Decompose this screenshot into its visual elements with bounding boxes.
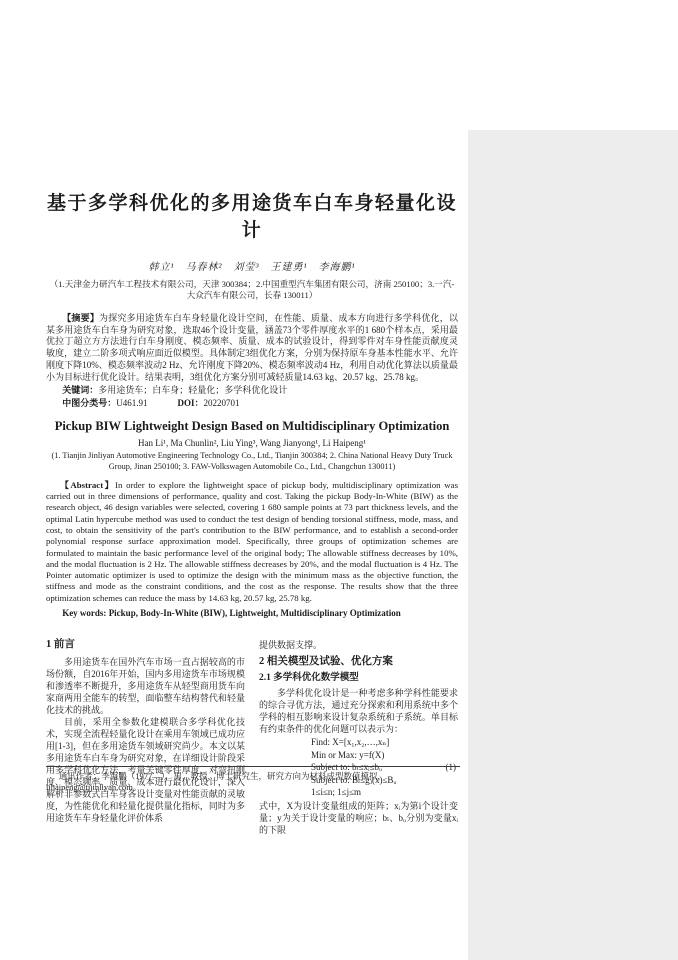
clc-value: U461.91	[116, 398, 147, 408]
equation-line-find: Find: X=[x₁,x₂,…,xₙ]	[311, 736, 458, 749]
keywords-en-label: Key words:	[62, 608, 106, 618]
paper-content: 基于多学科优化的多用途货车白车身轻量化设计 韩立¹ 马春林² 刘莹³ 王建勇¹ …	[46, 0, 458, 836]
corresponding-author-footnote: 通讯作者：李海鹏（1977—），男，教授，博士研究生，研究方向为材料成型数值模拟…	[46, 766, 460, 793]
section-2-1-paragraph-2: 式中，X为设计变量组成的矩阵；xᵢ为第i个设计变量；y为关于设计变量的响应；bₗ…	[259, 800, 458, 836]
abstract-en-label: 【Abstract】	[60, 480, 115, 490]
keywords-cn-label: 关键词：	[62, 385, 98, 395]
doi-value: 20220701	[203, 398, 239, 408]
authors-en: Han Li¹, Ma Chunlin², Liu Ying³, Wang Ji…	[46, 438, 458, 448]
keywords-cn: 关键词：多用途货车；白车身；轻量化；多学科优化设计	[46, 384, 458, 396]
abstract-cn: 【摘要】为探究多用途货车白车身轻量化设计空间，在性能、质量、成本方向进行多学科优…	[46, 313, 458, 383]
section-1-paragraph-1: 多用途货车在国外汽车市场一直占据较高的市场份额，自2016年开始，国内多用途货车…	[46, 656, 245, 716]
section-1-heading: 1 前言	[46, 639, 245, 651]
clc-doi-line: 中图分类号：U461.91DOI：20220701	[46, 397, 458, 409]
section-2-heading: 2 相关模型及试验、优化方案	[259, 656, 458, 668]
authors-cn: 韩立¹ 马春林² 刘莹³ 王建勇¹ 李海鹏¹	[46, 258, 458, 273]
equation-line-objective: Min or Max: y=f(X)	[311, 749, 458, 762]
doi-label: DOI：	[177, 398, 203, 408]
left-column: 1 前言 多用途货车在国外汽车市场一直占据较高的市场份额，自2016年开始，国内…	[46, 639, 245, 836]
keywords-en-text: Pickup, Body-In-White (BIW), Lightweight…	[109, 608, 401, 618]
right-gray-panel	[468, 130, 678, 960]
section-2-1-paragraph-1: 多学科优化设计是一种考虑多种学科性能要求的综合寻优方法，通过充分探索和利用系统中…	[259, 687, 458, 735]
keywords-en: Key words: Pickup, Body-In-White (BIW), …	[46, 608, 458, 618]
abstract-en-text: In order to explore the lightweight spac…	[46, 480, 458, 603]
abstract-cn-label: 【摘要】	[62, 313, 99, 323]
two-column-body: 1 前言 多用途货车在国外汽车市场一直占据较高的市场份额，自2016年开始，国内…	[46, 639, 458, 836]
affiliation-cn: （1.天津金力研汽车工程技术有限公司，天津 300384；2.中国重型汽车集团有…	[46, 279, 458, 301]
affiliation-en: (1. Tianjin Jinliyan Automotive Engineer…	[46, 451, 458, 473]
right-column: 提供数据支撑。 2 相关模型及试验、优化方案 2.1 多学科优化数学模型 多学科…	[259, 639, 458, 836]
section-2-1-heading: 2.1 多学科优化数学模型	[259, 672, 458, 684]
keywords-cn-text: 多用途货车；白车身；轻量化；多学科优化设计	[98, 385, 287, 395]
abstract-cn-text: 为探究多用途货车白车身轻量化设计空间，在性能、质量、成本方向进行多学科优化，以某…	[46, 313, 458, 382]
paper-page: 基于多学科优化的多用途货车白车身轻量化设计 韩立¹ 马春林² 刘莹³ 王建勇¹ …	[0, 0, 678, 960]
page-title-cn: 基于多学科优化的多用途货车白车身轻量化设计	[46, 188, 458, 242]
page-title-en: Pickup BIW Lightweight Design Based on M…	[46, 419, 458, 434]
clc-label: 中图分类号：	[62, 398, 116, 408]
abstract-en: 【Abstract】In order to explore the lightw…	[46, 480, 458, 604]
section-1-paragraph-2-continuation: 提供数据支撑。	[259, 639, 458, 651]
